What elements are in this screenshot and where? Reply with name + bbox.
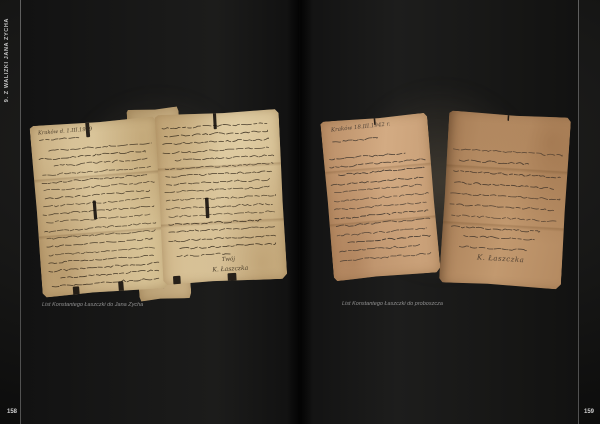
page-edge-highlight-left [20, 0, 21, 424]
book-page-left: Kraków d. 1.III.1939 Twój K. Łaszczka Li… [21, 0, 299, 424]
letter-photo-zych-page-1: Kraków d. 1.III.1939 [29, 116, 169, 297]
page-edge-highlight-right [578, 0, 579, 424]
photo-caption-right: List Konstantego Łaszczki do proboszcza [342, 301, 443, 307]
letter-photo-zych-page-2: Twój K. Łaszczka [155, 109, 288, 285]
page-number-left: 158 [7, 409, 17, 415]
page-number-right: 159 [584, 409, 594, 415]
letter-photo-proboszcz-page-2: K. Łaszczka [439, 110, 571, 289]
handwriting-ink-lines [29, 116, 169, 297]
letter-photo-proboszcz-page-1: Kraków 18.III.1942 r. [320, 113, 441, 282]
book-spread-photo: 9. Z WALIZKI JANA ZYCHA 158 159 Kraków d… [0, 0, 600, 424]
letter-closing-word: Twój [222, 256, 235, 263]
photo-caption-left: List Konstantego Łaszczki do Jana Zycha [42, 302, 143, 308]
book-gutter-shadow [287, 0, 313, 424]
handwriting-ink-lines [320, 113, 441, 282]
book-page-right: Kraków 18.III.1942 r. K. Łaszczka List K… [300, 0, 578, 424]
chapter-spine-title: 9. Z WALIZKI JANA ZYCHA [4, 18, 10, 102]
